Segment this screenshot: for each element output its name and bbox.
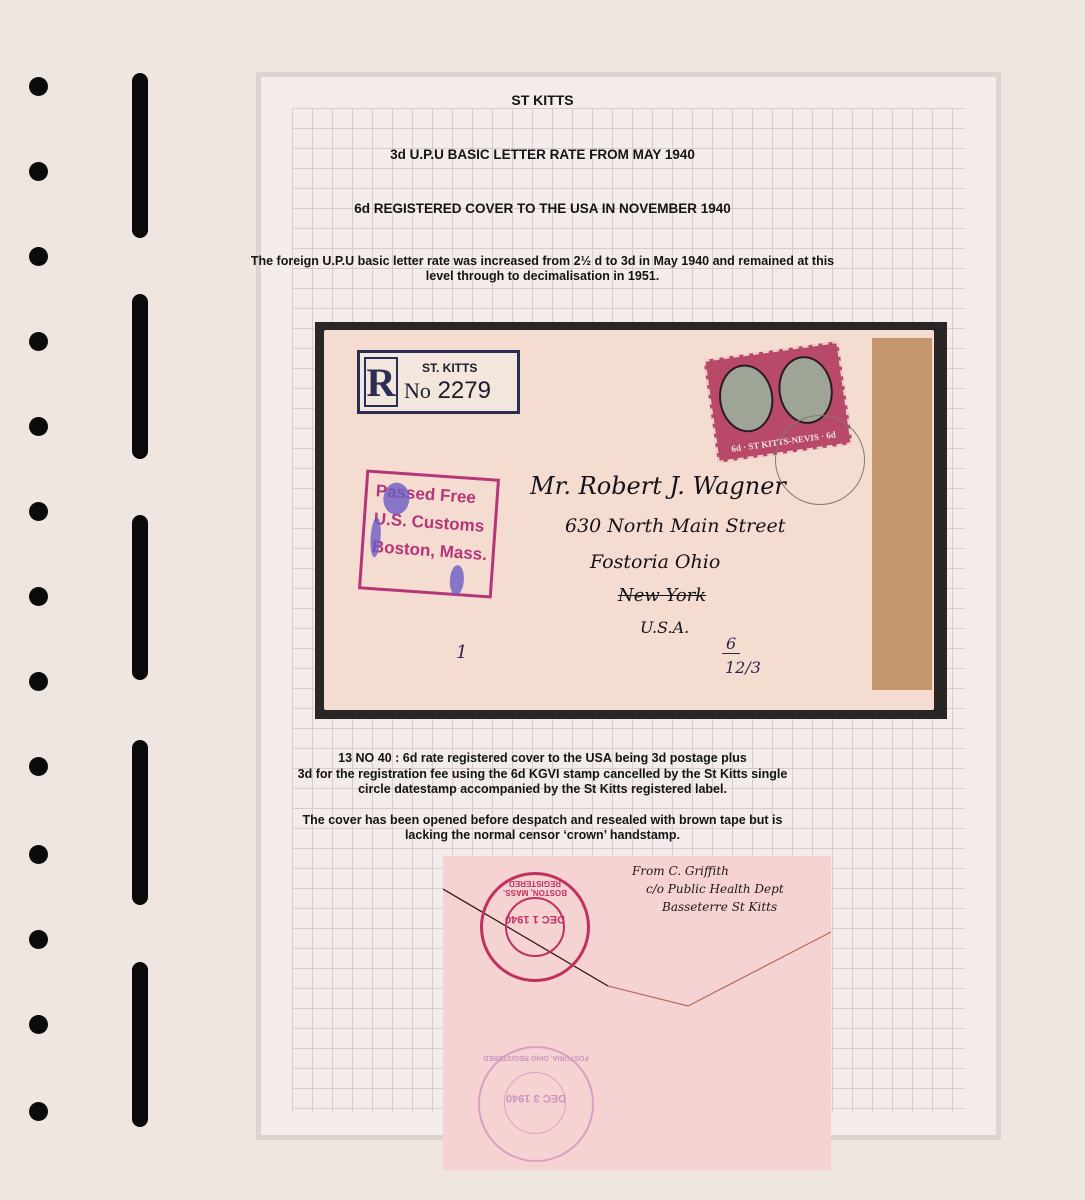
binder-hole	[29, 502, 48, 521]
registration-letter: R	[364, 357, 398, 407]
intro-line-2: level through to decimalisation in 1951.	[0, 268, 1085, 284]
binder-hole	[29, 930, 48, 949]
heading-cover: 6d REGISTERED COVER TO THE USA IN NOVEMB…	[0, 201, 1085, 216]
binder-hole	[29, 845, 48, 864]
page-title: ST KITTS	[0, 92, 1085, 108]
boston-ring-text: BOSTON, MASS. REGISTERED	[483, 879, 587, 897]
binder-hole	[29, 332, 48, 351]
st-kitts-datestamp	[775, 415, 865, 505]
boston-backstamp: DEC 1 1940 BOSTON, MASS. REGISTERED	[480, 872, 590, 982]
caption-line-3: circle datestamp accompanied by the St K…	[0, 781, 1085, 797]
customs-handstamp: Passed Free U.S. Customs Boston, Mass.	[358, 469, 500, 598]
fostoria-backstamp: DEC 3 1940 FOSTORIA, OHIO REGISTERED	[478, 1046, 594, 1162]
binder-slot	[132, 294, 148, 459]
heading-rate: 3d U.P.U BASIC LETTER RATE FROM MAY 1940	[0, 147, 1085, 162]
binder-slot	[132, 515, 148, 680]
binder-hole	[29, 672, 48, 691]
address-line: Mr. Robert J. Wagner	[530, 472, 786, 500]
caption-line-1: 13 NO 40 : 6d rate registered cover to t…	[0, 750, 1085, 766]
binder-hole	[29, 1015, 48, 1034]
address-line: U.S.A.	[640, 618, 689, 637]
address-line: Fostoria Ohio	[590, 551, 720, 573]
registration-office: ST. KITTS	[422, 361, 477, 375]
note-line-1: The cover has been opened before despatc…	[0, 812, 1085, 828]
king-portrait	[715, 361, 778, 436]
address-line-struck: New York	[618, 585, 706, 606]
pencil-fraction-top: 6	[722, 634, 740, 654]
binder-hole	[29, 1102, 48, 1121]
binder-slot	[132, 962, 148, 1127]
pencil-mark: 1	[456, 642, 467, 663]
intro-line-1: The foreign U.P.U basic letter rate was …	[0, 253, 1085, 269]
note-line-2: lacking the normal censor ‘crown’ handst…	[0, 827, 1085, 843]
registration-number: No 2279	[404, 377, 491, 405]
address-line: 630 North Main Street	[565, 515, 785, 537]
caption-line-2: 3d for the registration fee using the 6d…	[0, 766, 1085, 782]
binder-hole	[29, 162, 48, 181]
pencil-fraction-bottom: 12/3	[725, 658, 761, 677]
sender-address: From C. Griffith c/o Public Health Dept …	[632, 862, 784, 916]
binder-hole	[29, 587, 48, 606]
registration-label: R ST. KITTS No 2279	[357, 350, 520, 414]
brown-reseal-tape	[872, 338, 932, 690]
binder-hole	[29, 417, 48, 436]
fostoria-ring-text: FOSTORIA, OHIO REGISTERED	[480, 1054, 592, 1061]
